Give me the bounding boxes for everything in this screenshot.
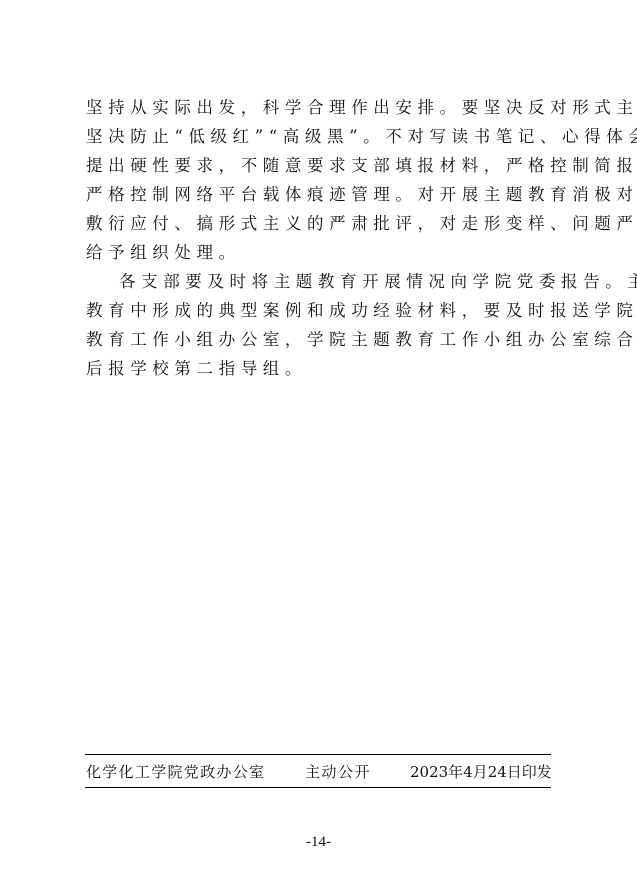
footer-issuer: 化学化工学院党政办公室 bbox=[86, 760, 265, 784]
text-line: 后报学校第二指导组。 bbox=[86, 354, 556, 383]
page-number: -14- bbox=[0, 834, 637, 851]
text-line: 教育工作小组办公室，学院主题教育工作小组办公室综合情况 bbox=[86, 325, 556, 354]
footer-bottom-rule bbox=[85, 787, 551, 788]
text-line: 严格控制网络平台载体痕迹管理。对开展主题教育消极对待、 bbox=[86, 180, 556, 209]
text-line: 提出硬性要求，不随意要求支部填报材料，严格控制简报数量， bbox=[86, 151, 556, 180]
text-line: 教育中形成的典型案例和成功经验材料，要及时报送学院主题 bbox=[86, 296, 556, 325]
text-line: 坚决防止“低级红”“高级黑”。不对写读书笔记、心得体会等 bbox=[86, 122, 556, 151]
text-line: 给予组织处理。 bbox=[86, 238, 556, 267]
text-line: 敷衍应付、搞形式主义的严肃批评，对走形变样、问题严重的 bbox=[86, 209, 556, 238]
footer-top-rule bbox=[85, 754, 551, 755]
paragraph-2: 各支部要及时将主题教育开展情况向学院党委报告。主题 教育中形成的典型案例和成功经… bbox=[86, 267, 556, 383]
text-line: 坚持从实际出发，科学合理作出安排。要坚决反对形式主义， bbox=[86, 93, 556, 122]
text-line: 各支部要及时将主题教育开展情况向学院党委报告。主题 bbox=[86, 267, 556, 296]
paragraph-1: 坚持从实际出发，科学合理作出安排。要坚决反对形式主义， 坚决防止“低级红”“高级… bbox=[86, 93, 556, 267]
document-body: 坚持从实际出发，科学合理作出安排。要坚决反对形式主义， 坚决防止“低级红”“高级… bbox=[86, 93, 556, 383]
footer-date: 2023年4月24日印发 bbox=[410, 760, 552, 784]
footer-disclosure: 主动公开 bbox=[305, 760, 371, 784]
